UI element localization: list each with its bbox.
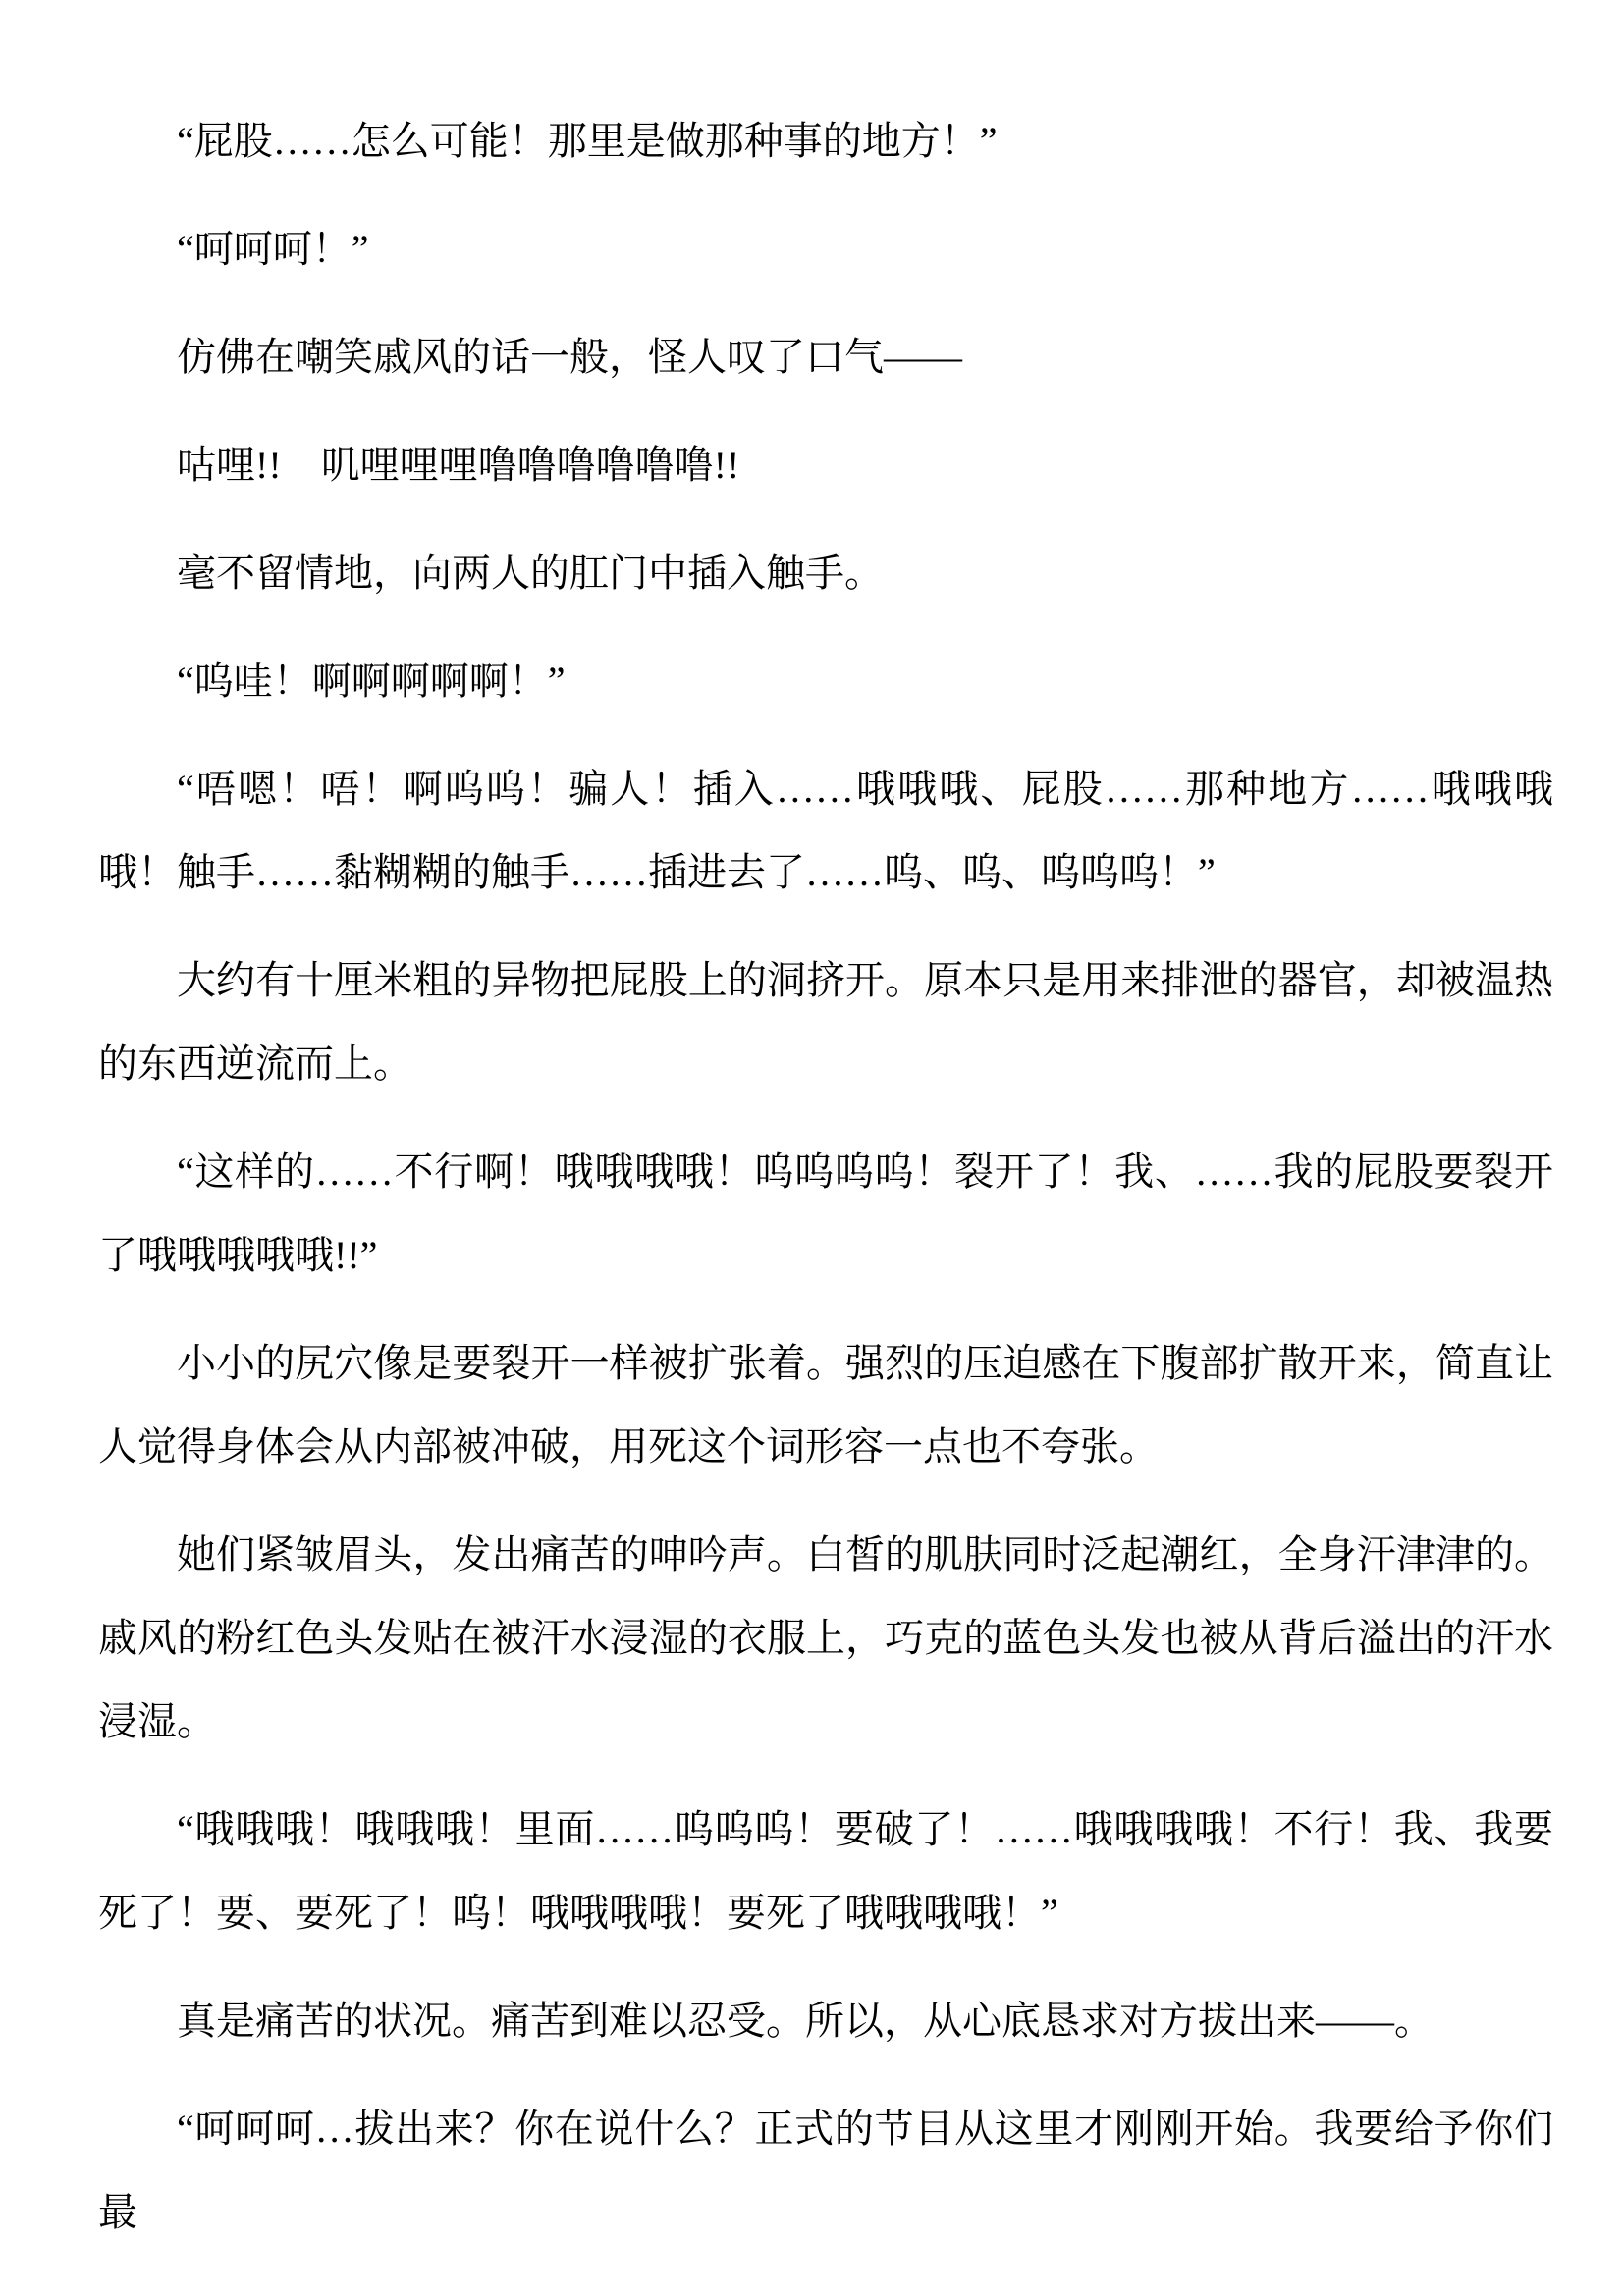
paragraph-2: “呵呵呵！”	[98, 207, 1553, 291]
novel-page: “屁股……怎么可能！那里是做那种事的地方！” “呵呵呵！” 仿佛在嘲笑戚风的话一…	[0, 0, 1624, 2296]
paragraph-5: 毫不留情地，向两人的肛门中插入触手。	[98, 531, 1553, 614]
paragraph-8: 大约有十厘米粗的异物把屁股上的洞挤开。原本只是用来排泄的器官，却被温热的东西逆流…	[98, 938, 1553, 1105]
paragraph-1: “屁股……怎么可能！那里是做那种事的地方！”	[98, 99, 1553, 183]
paragraph-4: 咕哩!! 叽哩哩哩噜噜噜噜噜噜!!	[98, 423, 1553, 507]
paragraph-3: 仿佛在嘲笑戚风的话一般，怪人叹了口气——	[98, 315, 1553, 399]
paragraph-11: 她们紧皱眉头，发出痛苦的呻吟声。白皙的肌肤同时泛起潮红，全身汗津津的。戚风的粉红…	[98, 1513, 1553, 1763]
paragraph-12: “哦哦哦！哦哦哦！里面……呜呜呜！要破了！……哦哦哦哦！不行！我、我要死了！要、…	[98, 1788, 1553, 1954]
paragraph-7: “唔嗯！唔！啊呜呜！骗人！插入……哦哦哦、屁股……那种地方……哦哦哦哦！触手………	[98, 747, 1553, 914]
paragraph-14: “呵呵呵…拔出来？你在说什么？正式的节目从这里才刚刚开始。我要给予你们最	[98, 2087, 1553, 2254]
paragraph-10: 小小的尻穴像是要裂开一样被扩张着。强烈的压迫感在下腹部扩散开来，简直让人觉得身体…	[98, 1321, 1553, 1488]
paragraph-6: “呜哇！啊啊啊啊啊！”	[98, 639, 1553, 722]
paragraph-9: “这样的……不行啊！哦哦哦哦！呜呜呜呜！裂开了！我、……我的屁股要裂开了哦哦哦哦…	[98, 1130, 1553, 1297]
paragraph-13: 真是痛苦的状况。痛苦到难以忍受。所以，从心底恳求对方拔出来——。	[98, 1979, 1553, 2062]
